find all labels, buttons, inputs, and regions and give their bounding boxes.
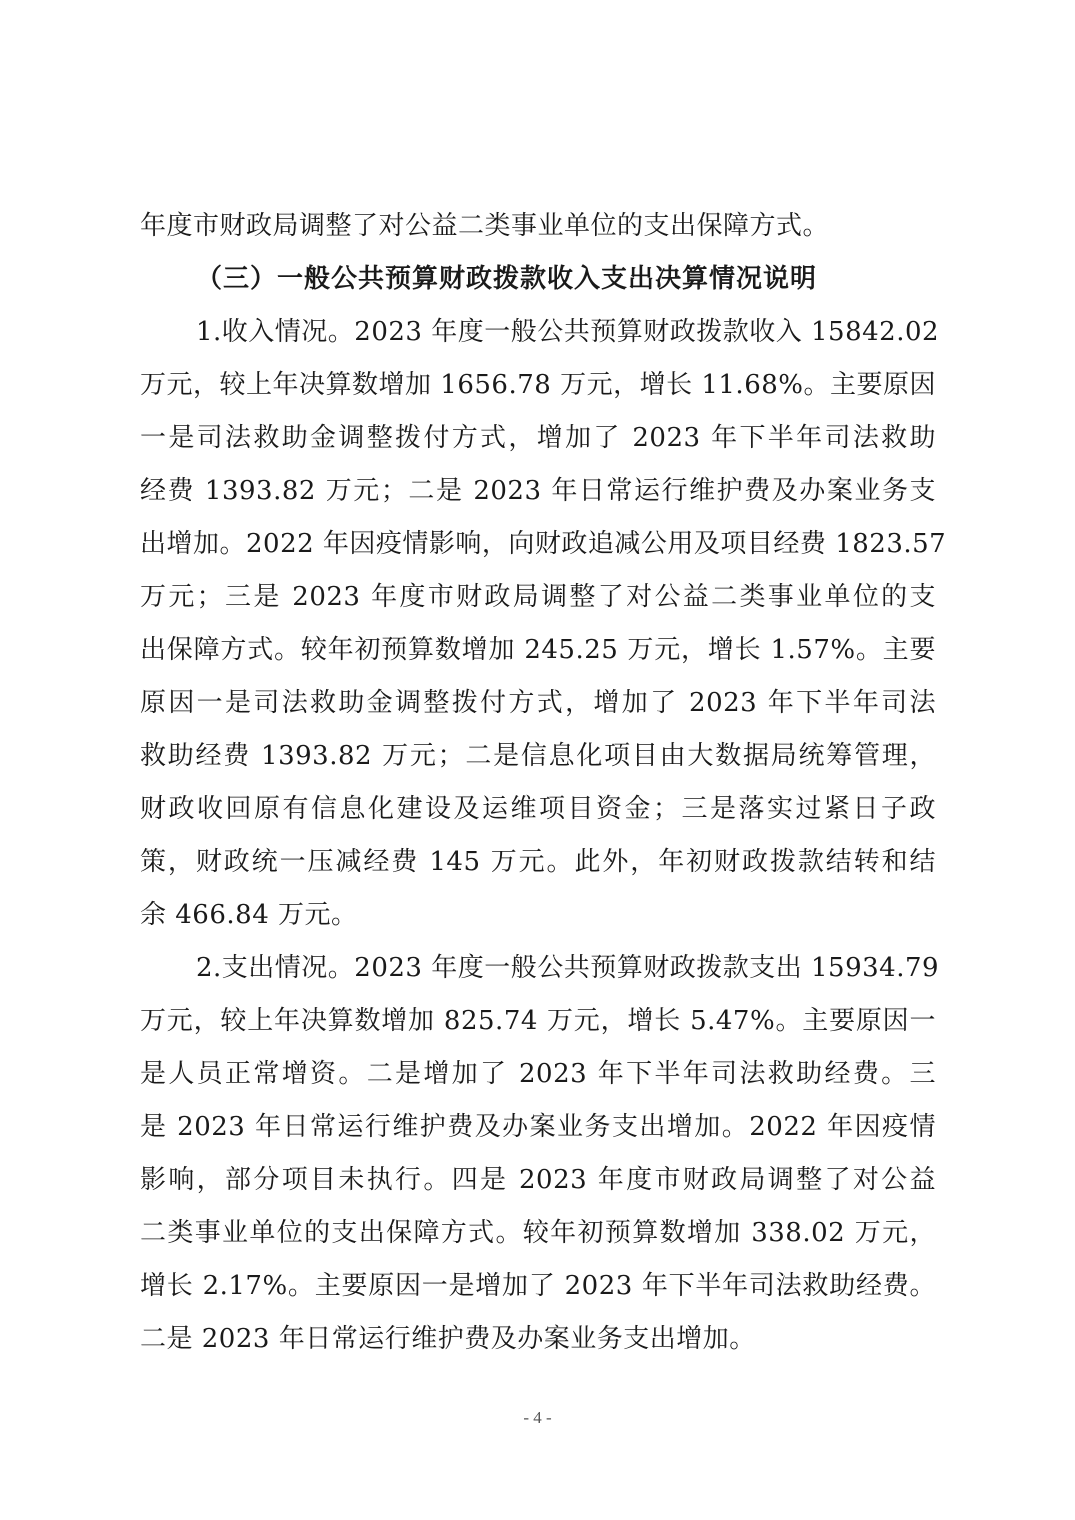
paragraph-line: 年度市财政局调整了对公益二类事业单位的支出保障方式。 — [140, 200, 936, 253]
paragraph-line: 余 466.84 万元。 — [140, 889, 936, 942]
paragraph-line: 增长 2.17%。主要原因一是增加了 2023 年下半年司法救助经费。 — [140, 1260, 936, 1313]
paragraph-line: 救助经费 1393.82 万元；二是信息化项目由大数据局统筹管理， — [140, 730, 936, 783]
paragraph-line: 2.支出情况。2023 年度一般公共预算财政拨款支出 15934.79 — [140, 942, 936, 995]
paragraph-line: 经费 1393.82 万元；二是 2023 年日常运行维护费及办案业务支 — [140, 465, 936, 518]
paragraph-line: 影响，部分项目未执行。四是 2023 年度市财政局调整了对公益 — [140, 1154, 936, 1207]
section-heading: （三）一般公共预算财政拨款收入支出决算情况说明 — [140, 253, 936, 306]
paragraph-line: 万元；三是 2023 年度市财政局调整了对公益二类事业单位的支 — [140, 571, 936, 624]
paragraph-line: 是 2023 年日常运行维护费及办案业务支出增加。2022 年因疫情 — [140, 1101, 936, 1154]
paragraph-line: 一是司法救助金调整拨付方式，增加了 2023 年下半年司法救助 — [140, 412, 936, 465]
paragraph-line: 财政收回原有信息化建设及运维项目资金；三是落实过紧日子政 — [140, 783, 936, 836]
paragraph-line: 出保障方式。较年初预算数增加 245.25 万元，增长 1.57%。主要 — [140, 624, 936, 677]
paragraph-line: 是人员正常增资。二是增加了 2023 年下半年司法救助经费。三 — [140, 1048, 936, 1101]
paragraph-line: 万元，较上年决算数增加 825.74 万元，增长 5.47%。主要原因一 — [140, 995, 936, 1048]
paragraph-line: 二是 2023 年日常运行维护费及办案业务支出增加。 — [140, 1313, 936, 1366]
document-page: 年度市财政局调整了对公益二类事业单位的支出保障方式。 （三）一般公共预算财政拨款… — [0, 0, 1075, 1520]
body-text: 年度市财政局调整了对公益二类事业单位的支出保障方式。 （三）一般公共预算财政拨款… — [140, 200, 936, 1366]
paragraph-line: 万元，较上年决算数增加 1656.78 万元，增长 11.68%。主要原因 — [140, 359, 936, 412]
page-number: - 4 - — [0, 1408, 1075, 1428]
paragraph-line: 1.收入情况。2023 年度一般公共预算财政拨款收入 15842.02 — [140, 306, 936, 359]
paragraph-line: 出增加。2022 年因疫情影响，向财政追减公用及项目经费 1823.57 — [140, 518, 936, 571]
paragraph-line: 原因一是司法救助金调整拨付方式，增加了 2023 年下半年司法 — [140, 677, 936, 730]
paragraph-line: 二类事业单位的支出保障方式。较年初预算数增加 338.02 万元， — [140, 1207, 936, 1260]
paragraph-line: 策，财政统一压减经费 145 万元。此外，年初财政拨款结转和结 — [140, 836, 936, 889]
